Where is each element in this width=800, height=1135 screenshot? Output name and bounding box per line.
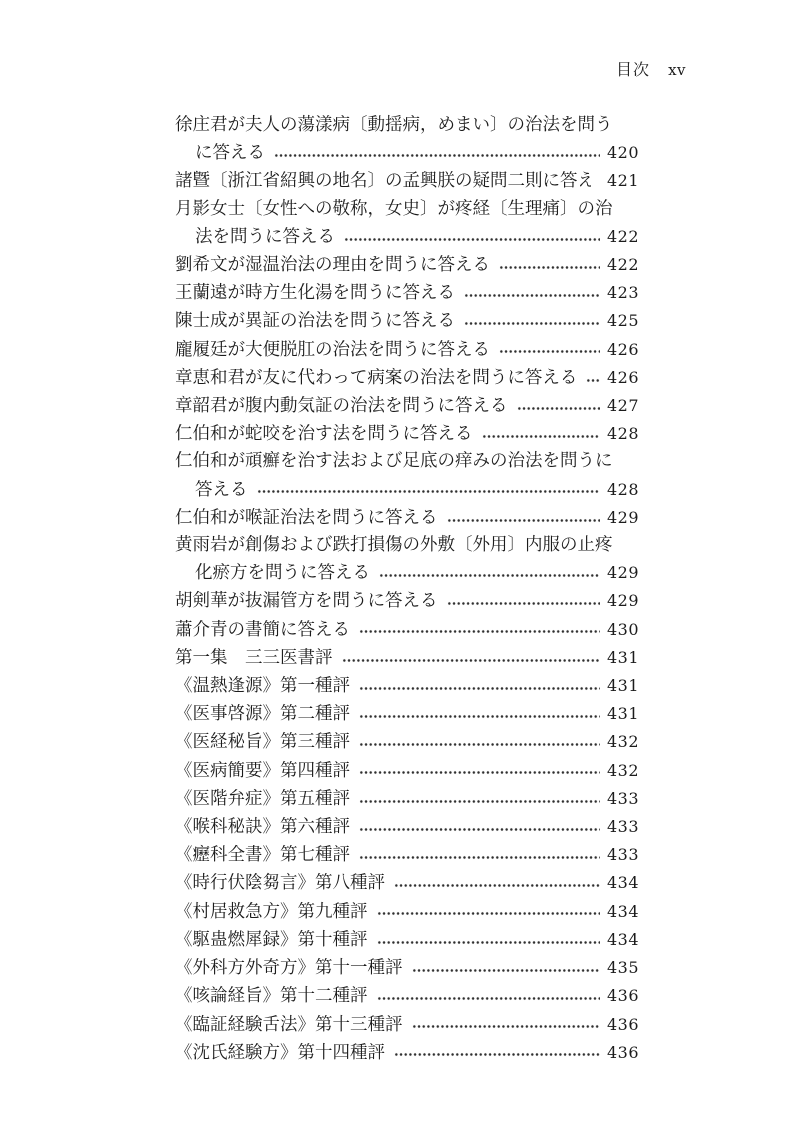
toc-entry-text: 章恵和君が友に代わって病案の治法を問うに答える bbox=[175, 365, 577, 392]
toc-entry-text: 《咳論経旨》第十二種評 bbox=[175, 983, 368, 1010]
running-head-page-number: xv bbox=[668, 61, 686, 79]
dot-leader bbox=[359, 785, 600, 813]
toc-entry: 《外科方外奇方》第十一種評 435 bbox=[175, 954, 639, 982]
toc-entry-text: 《時行伏陰芻言》第八種評 bbox=[175, 870, 385, 897]
toc-entry: 龐履廷が大便脱肛の治法を問うに答える 426 bbox=[175, 336, 639, 364]
toc-list: 徐庄君が夫人の蕩漾病〔動揺病，めまい〕の治法を問う に答える 420 諸曁〔浙江… bbox=[175, 112, 639, 1067]
dot-leader bbox=[359, 757, 600, 785]
toc-entry-text: 法を問うに答える bbox=[195, 224, 335, 251]
toc-entry: 《時行伏陰芻言》第八種評 434 bbox=[175, 869, 639, 897]
dot-leader bbox=[517, 392, 600, 420]
toc-entry: 《癧科全書》第七種評 433 bbox=[175, 841, 639, 869]
toc-entry: 《臨証経験舌法》第十三種評 436 bbox=[175, 1011, 639, 1039]
dot-leader bbox=[377, 926, 600, 954]
toc-page-number: 434 bbox=[607, 869, 639, 896]
toc-entry: 仁伯和が喉証治法を問うに答える 429 bbox=[175, 504, 639, 532]
toc-entry: 《医階弁症》第五種評 433 bbox=[175, 785, 639, 813]
toc-entry-text: 《駆蛊燃犀録》第十種評 bbox=[175, 927, 368, 954]
toc-entry-text: 化瘀方を問うに答える bbox=[195, 560, 370, 587]
dot-leader bbox=[344, 223, 600, 251]
toc-entry-text: 《医病簡要》第四種評 bbox=[175, 758, 350, 785]
toc-entry-text: 仁伯和が喉証治法を問うに答える bbox=[175, 505, 438, 532]
toc-entry: 答える 428 bbox=[175, 476, 639, 504]
toc-page-number: 420 bbox=[607, 139, 639, 166]
toc-entry: 劉希文が湿温治法の理由を問うに答える 422 bbox=[175, 251, 639, 279]
toc-page-number: 426 bbox=[607, 364, 639, 391]
toc-page-number: 422 bbox=[607, 223, 639, 250]
toc-entry-text: 第一集 三三医書評 bbox=[175, 645, 333, 672]
toc-entry-text: 蕭介青の書簡に答える bbox=[175, 617, 350, 644]
toc-entry-text: 諸曁〔浙江省紹興の地名〕の孟興朕の疑問二則に答える bbox=[175, 168, 591, 195]
toc-entry-text: 月影女士〔女性への敬称，女史〕が疼経〔生理痛〕の治 bbox=[175, 196, 613, 223]
toc-page-number: 434 bbox=[607, 926, 639, 953]
dot-leader bbox=[412, 1011, 600, 1039]
dot-leader bbox=[257, 476, 600, 504]
toc-entry: 第一集 三三医書評 431 bbox=[175, 644, 639, 672]
toc-entry: 月影女士〔女性への敬称，女史〕が疼経〔生理痛〕の治 bbox=[175, 196, 639, 223]
dot-leader bbox=[447, 587, 600, 615]
dot-leader bbox=[464, 307, 600, 335]
dot-leader bbox=[377, 898, 600, 926]
toc-page-number: 434 bbox=[607, 898, 639, 925]
toc-entry-text: 劉希文が湿温治法の理由を問うに答える bbox=[175, 252, 490, 279]
toc-entry: 蕭介青の書簡に答える 430 bbox=[175, 616, 639, 644]
toc-entry: 《村居救急方》第九種評 434 bbox=[175, 898, 639, 926]
dot-leader bbox=[482, 420, 600, 448]
toc-page-number: 428 bbox=[607, 420, 639, 447]
toc-entry-text: 《医事啓源》第二種評 bbox=[175, 701, 350, 728]
dot-leader bbox=[377, 982, 600, 1010]
toc-page-number: 431 bbox=[607, 644, 639, 671]
toc-page-number: 422 bbox=[607, 251, 639, 278]
toc-page-number: 433 bbox=[607, 813, 639, 840]
toc-page-number: 433 bbox=[607, 841, 639, 868]
toc-entry-text: 龐履廷が大便脱肛の治法を問うに答える bbox=[175, 337, 490, 364]
toc-page-number: 433 bbox=[607, 785, 639, 812]
toc-page-number: 429 bbox=[607, 559, 639, 586]
toc-page-number: 436 bbox=[607, 1039, 639, 1066]
toc-entry: 《温熱逢源》第一種評 431 bbox=[175, 672, 639, 700]
toc-entry: に答える 420 bbox=[175, 139, 639, 167]
toc-entry: 《喉科秘訣》第六種評 433 bbox=[175, 813, 639, 841]
toc-page-number: 435 bbox=[607, 954, 639, 981]
dot-leader bbox=[359, 841, 600, 869]
toc-entry-text: 胡剣華が抜漏管方を問うに答える bbox=[175, 588, 438, 615]
toc-page-number: 436 bbox=[607, 1011, 639, 1038]
toc-entry-text: 仁伯和が頑癬を治す法および足底の痒みの治法を問うに bbox=[175, 448, 613, 475]
dot-leader bbox=[499, 336, 600, 364]
dot-leader bbox=[359, 672, 600, 700]
dot-leader bbox=[394, 1039, 600, 1067]
toc-entry-text: 《沈氏経験方》第十四種評 bbox=[175, 1040, 385, 1067]
toc-page-number: 429 bbox=[607, 587, 639, 614]
toc-entry: 徐庄君が夫人の蕩漾病〔動揺病，めまい〕の治法を問う bbox=[175, 112, 639, 139]
toc-entry-text: 《温熱逢源》第一種評 bbox=[175, 673, 350, 700]
dot-leader bbox=[394, 869, 600, 897]
dot-leader bbox=[464, 279, 600, 307]
toc-entry: 章韶君が腹内動気証の治法を問うに答える 427 bbox=[175, 392, 639, 420]
toc-entry-text: 《村居救急方》第九種評 bbox=[175, 899, 368, 926]
toc-entry-text: 《外科方外奇方》第十一種評 bbox=[175, 955, 403, 982]
toc-page-number: 428 bbox=[607, 476, 639, 503]
toc-entry: 法を問うに答える 422 bbox=[175, 223, 639, 251]
toc-page-number: 423 bbox=[607, 279, 639, 306]
running-head: 目次 xv bbox=[616, 57, 686, 80]
toc-entry: 諸曁〔浙江省紹興の地名〕の孟興朕の疑問二則に答える 421 bbox=[175, 167, 639, 195]
toc-page-number: 426 bbox=[607, 336, 639, 363]
toc-entry-text: 《医経秘旨》第三種評 bbox=[175, 729, 350, 756]
toc-entry: 《咳論経旨》第十二種評 436 bbox=[175, 982, 639, 1010]
toc-entry: 仁伯和が蛇咬を治す法を問うに答える 428 bbox=[175, 420, 639, 448]
toc-page-number: 432 bbox=[607, 757, 639, 784]
toc-entry: 王蘭遠が時方生化湯を問うに答える 423 bbox=[175, 279, 639, 307]
toc-entry-text: 徐庄君が夫人の蕩漾病〔動揺病，めまい〕の治法を問う bbox=[175, 112, 613, 139]
toc-entry: 黄雨岩が創傷および跌打損傷の外敷〔外用〕内服の止疼 bbox=[175, 532, 639, 559]
toc-entry-text: 《喉科秘訣》第六種評 bbox=[175, 814, 350, 841]
toc-entry: 化瘀方を問うに答える 429 bbox=[175, 559, 639, 587]
dot-leader bbox=[359, 616, 600, 644]
toc-entry: 《医病簡要》第四種評 432 bbox=[175, 757, 639, 785]
dot-leader bbox=[586, 364, 600, 392]
dot-leader bbox=[342, 644, 600, 672]
toc-entry-text: に答える bbox=[195, 140, 265, 167]
toc-page-number: 421 bbox=[607, 167, 639, 194]
toc-entry-text: 陳士成が異証の治法を問うに答える bbox=[175, 308, 455, 335]
toc-page-number: 430 bbox=[607, 616, 639, 643]
toc-entry-text: 黄雨岩が創傷および跌打損傷の外敷〔外用〕内服の止疼 bbox=[175, 532, 613, 559]
toc-entry-text: 仁伯和が蛇咬を治す法を問うに答える bbox=[175, 421, 473, 448]
dot-leader bbox=[379, 559, 600, 587]
toc-entry: 《医経秘旨》第三種評 432 bbox=[175, 728, 639, 756]
toc-entry: 章恵和君が友に代わって病案の治法を問うに答える 426 bbox=[175, 364, 639, 392]
toc-entry-text: 章韶君が腹内動気証の治法を問うに答える bbox=[175, 393, 508, 420]
toc-entry: 《駆蛊燃犀録》第十種評 434 bbox=[175, 926, 639, 954]
toc-page-number: 436 bbox=[607, 982, 639, 1009]
toc-entry-text: 《癧科全書》第七種評 bbox=[175, 842, 350, 869]
dot-leader bbox=[412, 954, 600, 982]
toc-page-number: 431 bbox=[607, 700, 639, 727]
dot-leader bbox=[447, 504, 600, 532]
dot-leader bbox=[359, 728, 600, 756]
running-head-title: 目次 bbox=[616, 57, 650, 80]
dot-leader bbox=[499, 251, 600, 279]
toc-entry-text: 《臨証経験舌法》第十三種評 bbox=[175, 1012, 403, 1039]
toc-entry: 《沈氏経験方》第十四種評 436 bbox=[175, 1039, 639, 1067]
toc-entry-text: 答える bbox=[195, 477, 248, 504]
toc-entry: 《医事啓源》第二種評 431 bbox=[175, 700, 639, 728]
toc-entry: 胡剣華が抜漏管方を問うに答える 429 bbox=[175, 587, 639, 615]
toc-entry: 陳士成が異証の治法を問うに答える 425 bbox=[175, 307, 639, 335]
toc-entry-text: 《医階弁症》第五種評 bbox=[175, 786, 350, 813]
toc-entry: 仁伯和が頑癬を治す法および足底の痒みの治法を問うに bbox=[175, 448, 639, 475]
toc-page-number: 425 bbox=[607, 307, 639, 334]
toc-page-number: 431 bbox=[607, 672, 639, 699]
dot-leader bbox=[359, 700, 600, 728]
toc-page-number: 429 bbox=[607, 504, 639, 531]
dot-leader bbox=[274, 139, 600, 167]
toc-page-number: 432 bbox=[607, 728, 639, 755]
toc-entry-text: 王蘭遠が時方生化湯を問うに答える bbox=[175, 280, 455, 307]
dot-leader bbox=[359, 813, 600, 841]
toc-page-number: 427 bbox=[607, 392, 639, 419]
